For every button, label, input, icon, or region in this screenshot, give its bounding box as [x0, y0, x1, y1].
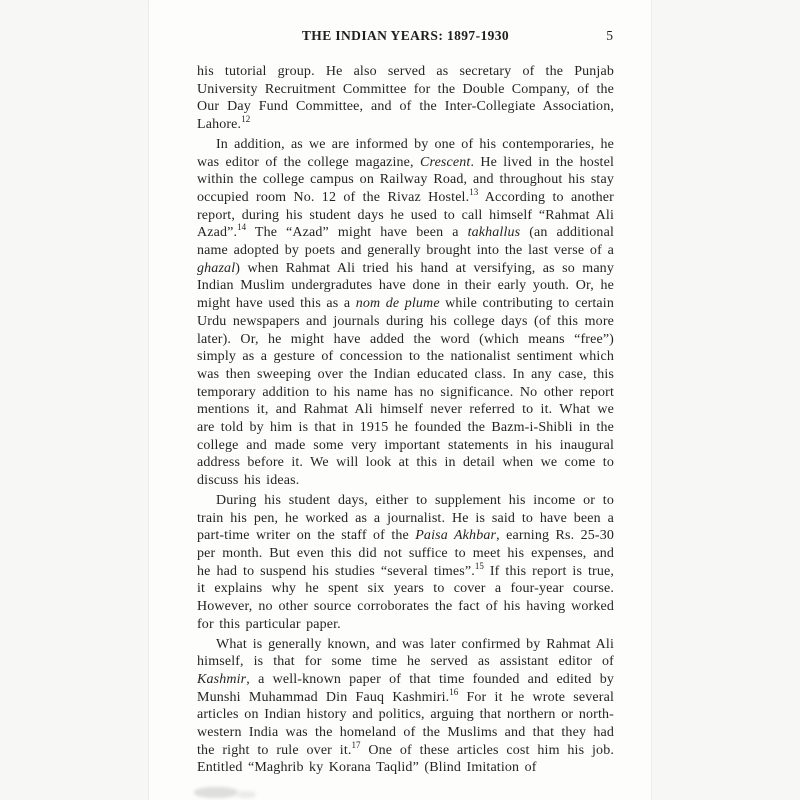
paragraph: his tutorial group. He also served as se…: [197, 63, 614, 134]
paragraph: During his student days, either to suppl…: [197, 492, 614, 634]
text-column: THE INDIAN YEARS: 1897-1930 5 his tutori…: [197, 28, 614, 777]
footnote-ref: 12: [241, 114, 250, 124]
italic-text: ghazal: [197, 261, 235, 276]
paragraph: In addition, as we are informed by one o…: [197, 136, 614, 490]
body-text: The “Azad” might have been a: [246, 225, 467, 240]
italic-text: takhallus: [468, 225, 521, 240]
running-header: THE INDIAN YEARS: 1897-1930 5: [197, 28, 614, 48]
footnote-ref: 13: [469, 187, 478, 197]
chapter-title: THE INDIAN YEARS: 1897-1930: [197, 28, 614, 44]
body-text: What is generally known, and was later c…: [197, 637, 614, 670]
footnote-ref: 16: [449, 687, 458, 697]
page-body: his tutorial group. He also served as se…: [197, 63, 614, 777]
page-number: 5: [606, 28, 613, 44]
paragraph: What is generally known, and was later c…: [197, 636, 614, 778]
italic-text: Paisa Akhbar: [415, 528, 496, 543]
body-text: his tutorial group. He also served as se…: [197, 64, 614, 132]
scan-artifact-bottom-left-2: [236, 791, 256, 798]
book-page: THE INDIAN YEARS: 1897-1930 5 his tutori…: [148, 0, 652, 800]
body-text: while contributing to certain Urdu newsp…: [197, 296, 614, 488]
italic-text: nom de plume: [356, 296, 440, 311]
footnote-ref: 15: [475, 561, 484, 571]
footnote-ref: 14: [237, 222, 246, 232]
italic-text: Kashmir: [197, 672, 246, 687]
italic-text: Crescent: [420, 155, 470, 170]
book-scan: { "colors": { "ink": "#242424", "paper":…: [0, 0, 800, 800]
scan-artifact-bottom-left: [194, 787, 238, 798]
footnote-ref: 17: [352, 740, 361, 750]
